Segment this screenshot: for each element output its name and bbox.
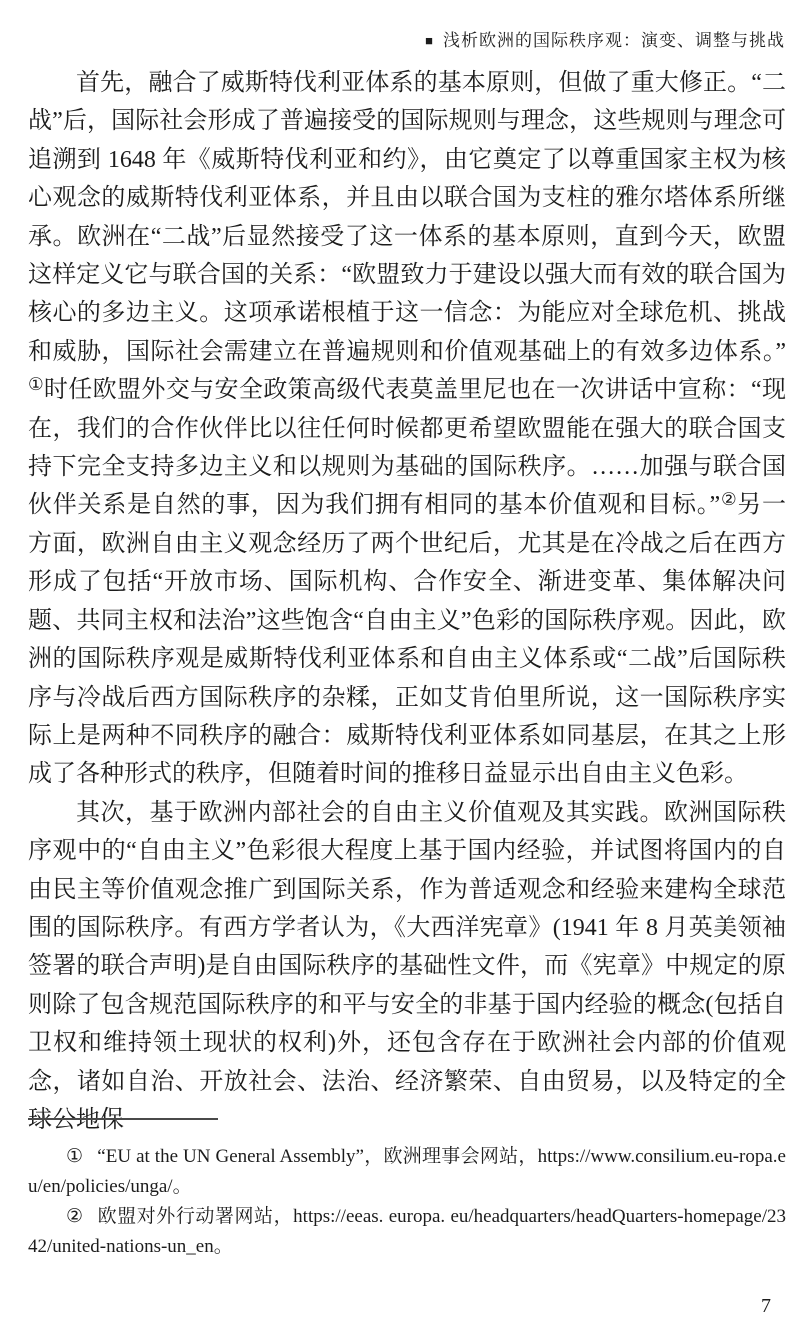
footnote-1: ①“EU at the UN General Assembly”，欧洲理事会网站… bbox=[28, 1142, 786, 1202]
footnote-2-marker: ② bbox=[66, 1206, 84, 1227]
footnote-area: ①“EU at the UN General Assembly”，欧洲理事会网站… bbox=[28, 1118, 786, 1262]
footnote-separator bbox=[28, 1118, 218, 1120]
document-page: ■浅析欧洲的国际秩序观：演变、调整与挑战 首先，融合了威斯特伐利亚体系的基本原则… bbox=[0, 0, 801, 1328]
footnote-1-text: “EU at the UN General Assembly”，欧洲理事会网站，… bbox=[28, 1146, 786, 1197]
paragraph-1-segment-2: 时任欧盟外交与安全政策高级代表莫盖里尼也在一次讲话中宣称：“现在，我们的合作伙伴… bbox=[28, 377, 786, 518]
paragraph-1-segment-1: 首先，融合了威斯特伐利亚体系的基本原则，但做了重大修正。“二战”后，国际社会形成… bbox=[28, 70, 786, 365]
footnote-2: ②欧盟对外行动署网站，https://eeas. europa. eu/head… bbox=[28, 1202, 786, 1262]
paragraph-2: 其次，基于欧洲内部社会的自由主义价值观及其实践。欧洲国际秩序观中的“自由主义”色… bbox=[28, 794, 786, 1140]
footnote-ref-1: ① bbox=[28, 375, 44, 394]
footnote-2-text: 欧盟对外行动署网站，https://eeas. europa. eu/headq… bbox=[28, 1206, 786, 1257]
running-header-title: 浅析欧洲的国际秩序观：演变、调整与挑战 bbox=[443, 31, 785, 50]
section-marker-icon: ■ bbox=[425, 33, 434, 48]
body-text: 首先，融合了威斯特伐利亚体系的基本原则，但做了重大修正。“二战”后，国际社会形成… bbox=[28, 64, 786, 1139]
paragraph-1-segment-3: 另一方面，欧洲自由主义观念经历了两个世纪后，尤其是在冷战之后在西方形成了包括“开… bbox=[28, 492, 786, 787]
footnote-1-marker: ① bbox=[66, 1146, 83, 1167]
paragraph-1: 首先，融合了威斯特伐利亚体系的基本原则，但做了重大修正。“二战”后，国际社会形成… bbox=[28, 64, 786, 794]
running-header: ■浅析欧洲的国际秩序观：演变、调整与挑战 bbox=[28, 26, 785, 51]
page-number: 7 bbox=[761, 1295, 771, 1318]
footnote-ref-2: ② bbox=[720, 490, 737, 509]
